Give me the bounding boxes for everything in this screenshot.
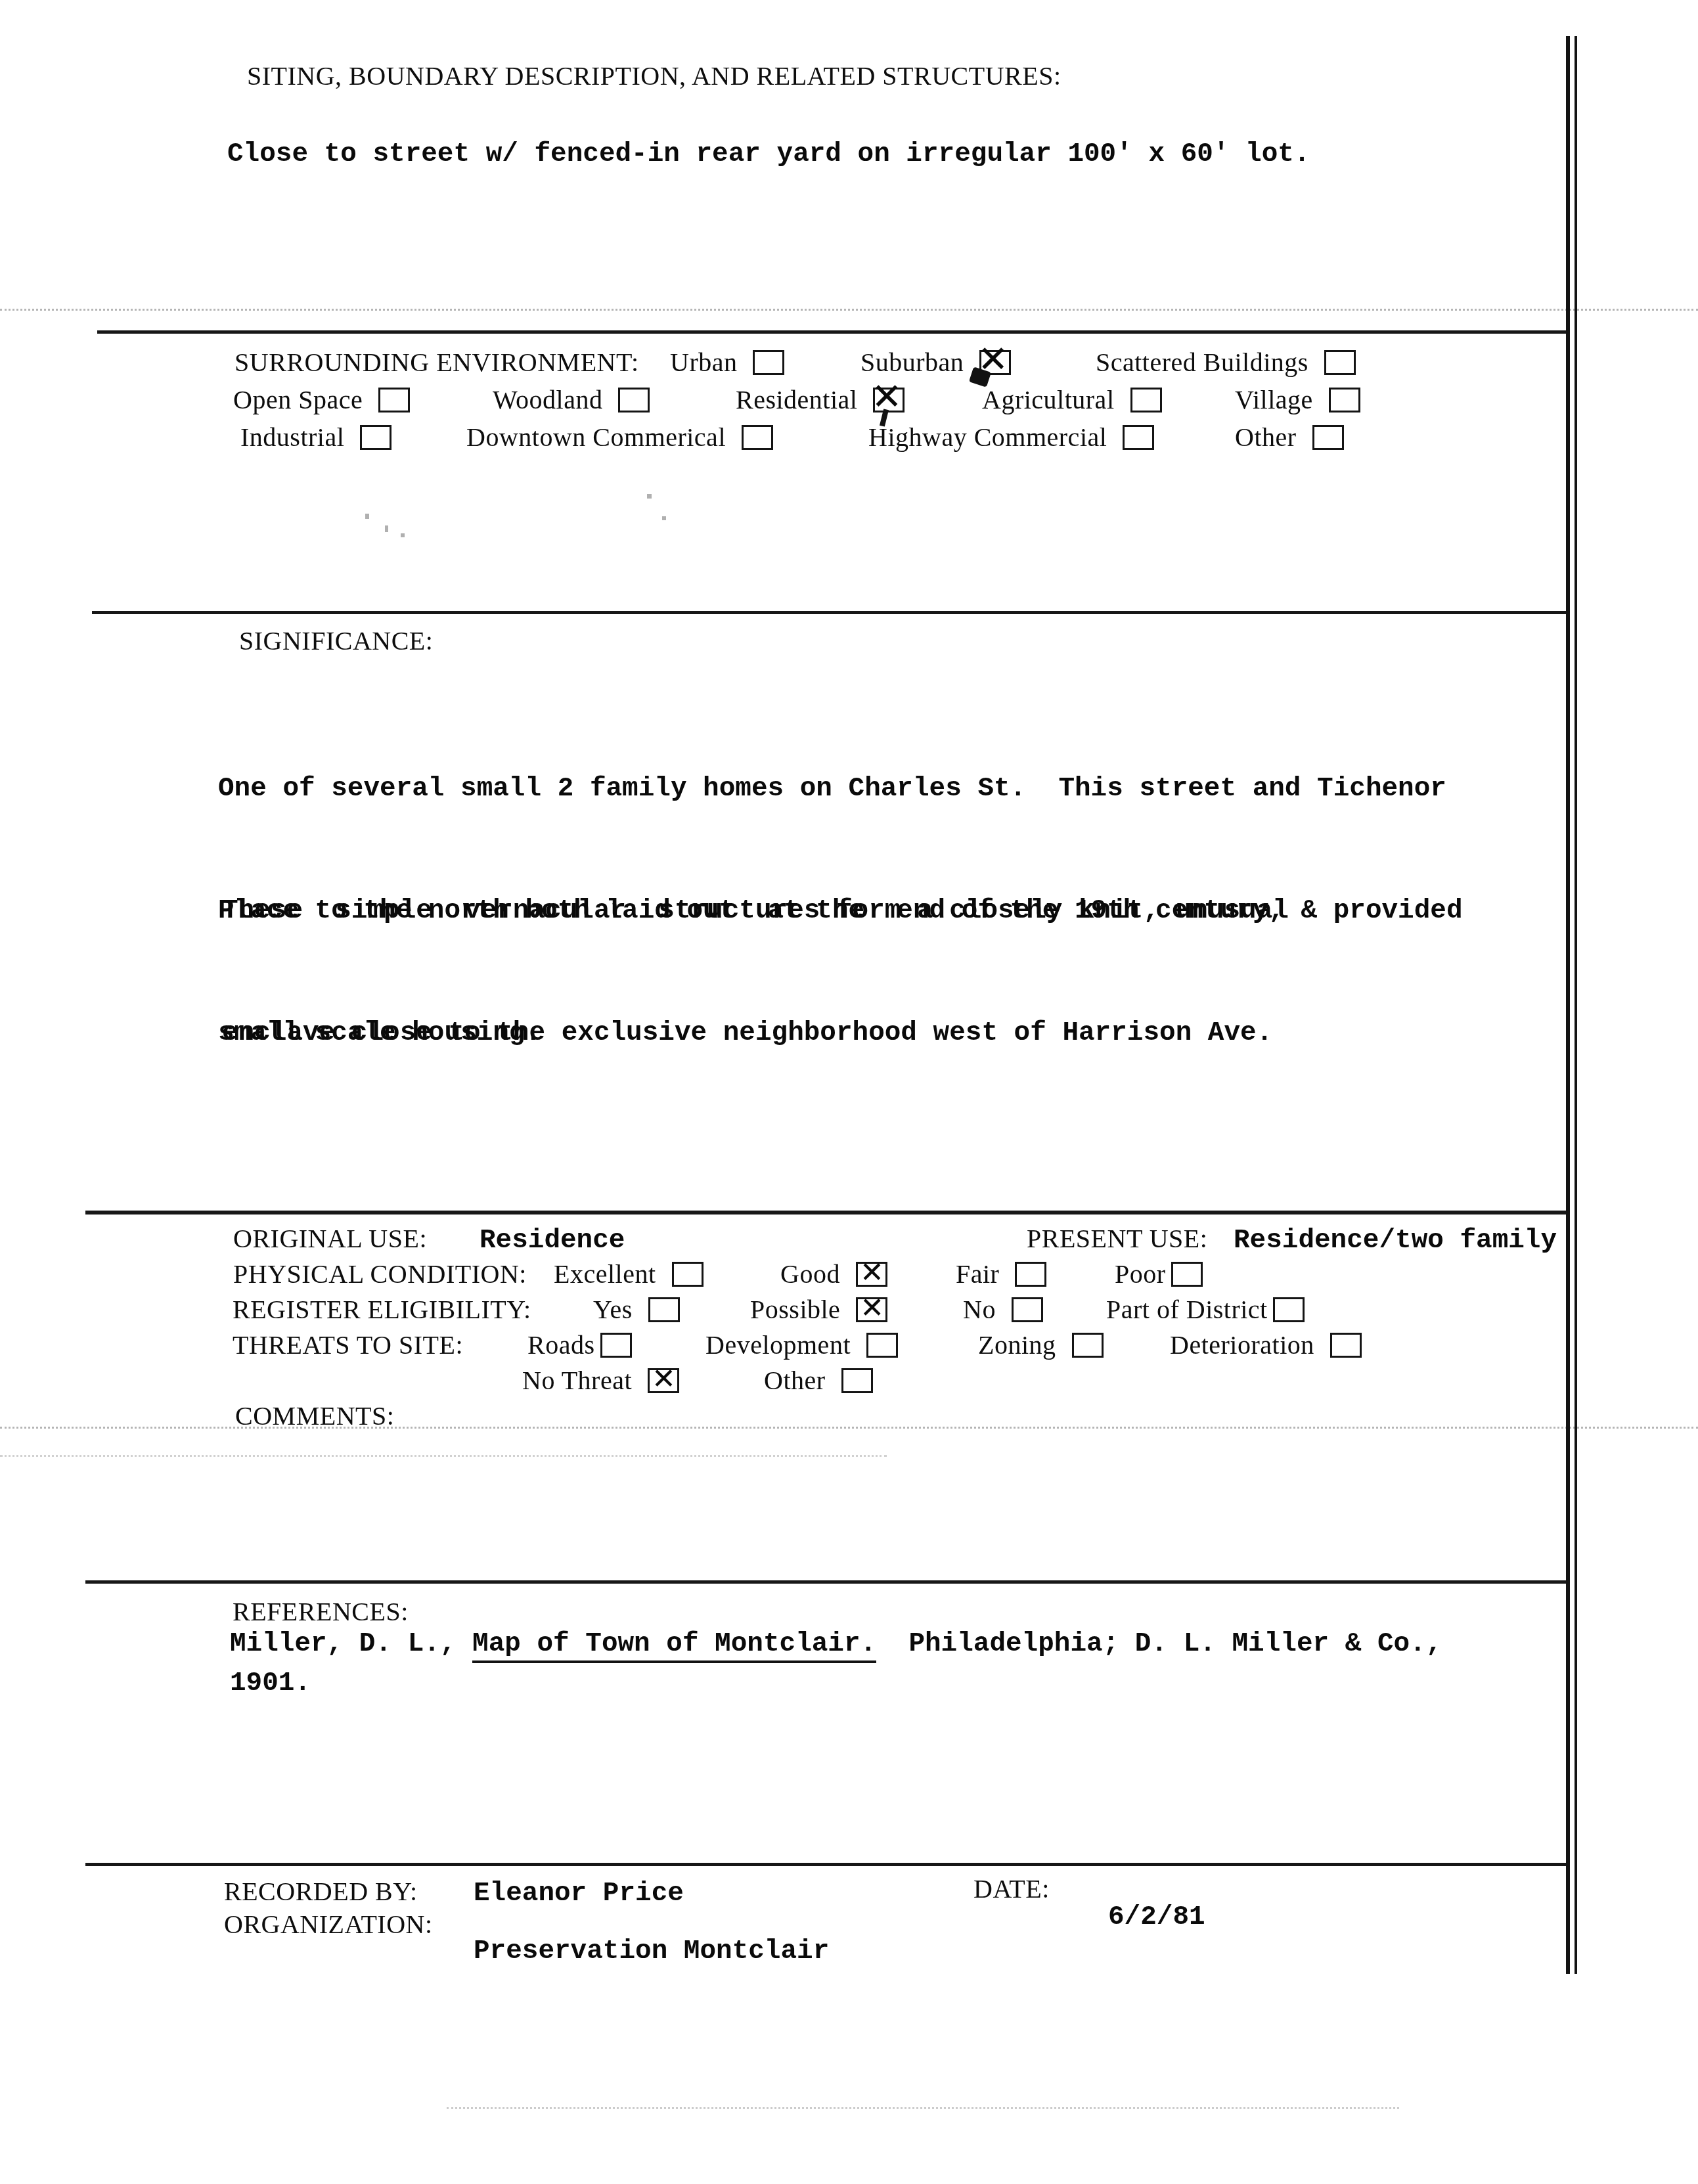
env-option-other-label: Other [1235,422,1297,452]
env-option-village-label: Village [1235,385,1313,414]
env-option-industrial: Industrial [240,422,391,453]
register-option-part-of-district-label: Part of District [1106,1295,1268,1324]
env-option-other-checkbox [1312,425,1344,450]
use-row: ORIGINAL USE: Residence PRESENT USE: Res… [0,1223,1698,1261]
threats-label: THREATS TO SITE: [233,1329,463,1360]
threat-option-roads-checkbox [600,1333,632,1358]
env-option-urban: Urban [670,347,784,378]
threats-row-2: No Threat✕ Other [0,1365,1698,1403]
threat-option-roads: Roads [527,1329,632,1360]
threat-option-deterioration-label: Deterioration [1170,1330,1314,1360]
env-option-downtown-commercial: Downtown Commerical [466,422,773,453]
condition-option-good-checkbox: ✕ [856,1262,887,1287]
significance-p2-line2: enclave close to the exclusive neighborh… [222,1013,1289,1054]
env-option-woodland: Woodland [493,384,650,415]
threat-option-zoning-label: Zoning [978,1330,1056,1360]
scan-artifact-line [447,2107,1399,2109]
register-option-yes-checkbox [648,1297,680,1322]
recorded-by-value: Eleanor Price [474,1879,684,1909]
env-option-open-space-label: Open Space [233,385,363,414]
date-label: DATE: [973,1873,1050,1904]
env-option-suburban: Suburban✕ [860,347,1011,378]
condition-option-fair-label: Fair [956,1259,999,1289]
condition-option-poor-checkbox [1171,1262,1203,1287]
threats-row: THREATS TO SITE: Roads Development Zonin… [0,1329,1698,1368]
scanned-survey-form-page: SITING, BOUNDARY DESCRIPTION, AND RELATE… [0,0,1698,2184]
organization-value: Preservation Montclair [474,1936,829,1967]
env-option-industrial-label: Industrial [240,422,344,452]
register-eligibility-row: REGISTER ELIGIBILITY: Yes Possible✕ No P… [0,1294,1698,1332]
scan-artifact-line [0,309,1698,311]
condition-option-good-label: Good [780,1259,840,1289]
original-use-label: ORIGINAL USE: [233,1223,427,1254]
present-use-value: Residence/two family [1234,1226,1557,1256]
env-option-downtown-commercial-checkbox [742,425,773,450]
section-divider [85,1580,1570,1584]
original-use-value: Residence [480,1226,625,1256]
env-option-suburban-label: Suburban [860,347,964,377]
env-option-urban-label: Urban [670,347,737,377]
scan-noise [365,514,369,519]
register-option-possible-label: Possible [750,1295,840,1324]
register-option-part-of-district: Part of District [1106,1294,1305,1325]
reference-citation-line2: 1901. [230,1668,311,1699]
env-option-agricultural-label: Agricultural [982,385,1115,414]
condition-option-excellent: Excellent [554,1259,704,1289]
env-option-suburban-checkbox: ✕ [979,350,1011,375]
section-divider [92,611,1570,614]
condition-option-poor: Poor [1115,1259,1203,1289]
threat-option-development: Development [705,1329,898,1360]
threat-option-other-label: Other [764,1366,826,1395]
threat-option-deterioration: Deterioration [1170,1329,1362,1360]
condition-option-fair: Fair [956,1259,1046,1289]
condition-option-excellent-label: Excellent [554,1259,656,1289]
env-option-woodland-checkbox [618,388,650,412]
citation-prefix: Miller, D. L., [230,1629,472,1659]
environment-label: SURROUNDING ENVIRONMENT: [235,347,639,378]
significance-paragraph-2: These simple vernacular structures form … [222,809,1289,1135]
page-edge-double-rule [1566,36,1577,1974]
citation-title-underlined: Map of Town of Montclair. [472,1629,876,1663]
env-option-scattered-buildings: Scattered Buildings [1096,347,1356,378]
env-option-woodland-label: Woodland [493,385,602,414]
register-option-yes-label: Yes [593,1295,633,1324]
register-option-no-checkbox [1012,1297,1043,1322]
significance-p2-line1: These simple vernacular structures form … [222,891,1289,931]
present-use-label: PRESENT USE: [1027,1223,1207,1254]
env-option-downtown-commercial-label: Downtown Commerical [466,422,726,452]
threat-option-roads-label: Roads [527,1330,595,1360]
env-option-scattered-buildings-checkbox [1324,350,1356,375]
scan-artifact-line [0,1455,887,1457]
env-option-residential-label: Residential [736,385,857,414]
env-option-open-space-checkbox [378,388,410,412]
scan-noise [401,533,405,537]
threat-option-zoning: Zoning [978,1329,1104,1360]
significance-label: SIGNIFICANCE: [239,625,433,656]
register-eligibility-label: REGISTER ELIGIBILITY: [233,1294,531,1325]
threat-option-development-checkbox [866,1333,898,1358]
env-option-village: Village [1235,384,1360,415]
threat-option-deterioration-checkbox [1330,1333,1362,1358]
reference-citation: Miller, D. L., Map of Town of Montclair.… [230,1629,1442,1659]
register-option-possible-checkbox: ✕ [856,1297,887,1322]
physical-condition-row: PHYSICAL CONDITION: Excellent Good✕ Fair… [0,1259,1698,1297]
siting-description-text: Close to street w/ fenced-in rear yard o… [227,139,1310,169]
env-option-other: Other [1235,422,1344,453]
threat-option-no-threat-checkbox: ✕ [648,1368,679,1393]
env-option-scattered-buildings-label: Scattered Buildings [1096,347,1308,377]
env-option-residential-checkbox: ✕ [873,388,905,412]
threat-option-other: Other [764,1365,873,1396]
env-option-industrial-checkbox [360,425,391,450]
section-divider [97,330,1570,334]
condition-option-poor-label: Poor [1115,1259,1166,1289]
scan-noise [647,494,652,499]
environment-row-1: SURROUNDING ENVIRONMENT: Urban Suburban✕… [0,347,1698,385]
env-option-agricultural: Agricultural [982,384,1162,415]
environment-row-2: Open Space Woodland Residential✕ Agricul… [0,384,1698,422]
env-option-residential: Residential✕ [736,384,905,415]
threat-option-other-checkbox [841,1368,873,1393]
threat-option-zoning-checkbox [1072,1333,1104,1358]
register-option-part-of-district-checkbox [1273,1297,1305,1322]
citation-suffix: Philadelphia; D. L. Miller & Co., [876,1629,1442,1659]
scan-artifact-line [0,1427,1698,1429]
recorded-by-label: RECORDED BY: [224,1876,418,1907]
section-divider [85,1211,1570,1215]
threat-option-development-label: Development [705,1330,851,1360]
significance-p1-line1: One of several small 2 family homes on C… [218,769,1463,809]
scan-noise [662,516,666,520]
env-option-highway-commercial-label: Highway Commercial [868,422,1107,452]
env-option-highway-commercial-checkbox [1123,425,1154,450]
scan-noise [385,525,388,532]
threat-option-no-threat-label: No Threat [522,1366,632,1395]
env-option-highway-commercial: Highway Commercial [868,422,1154,453]
register-option-yes: Yes [593,1294,680,1325]
condition-option-fair-checkbox [1015,1262,1046,1287]
register-option-no-label: No [963,1295,996,1324]
register-option-no: No [963,1294,1043,1325]
condition-option-excellent-checkbox [672,1262,704,1287]
env-option-urban-checkbox [753,350,784,375]
date-value: 6/2/81 [1108,1902,1205,1932]
register-option-possible: Possible✕ [750,1294,887,1325]
env-option-village-checkbox [1329,388,1360,412]
threat-option-no-threat: No Threat✕ [522,1365,679,1396]
references-label: REFERENCES: [233,1596,409,1627]
env-option-open-space: Open Space [233,384,410,415]
physical-condition-label: PHYSICAL CONDITION: [233,1259,527,1289]
siting-section-title: SITING, BOUNDARY DESCRIPTION, AND RELATE… [247,60,1061,91]
condition-option-good: Good✕ [780,1259,887,1289]
section-divider [85,1863,1570,1866]
env-option-agricultural-checkbox [1130,388,1162,412]
organization-label: ORGANIZATION: [224,1909,433,1940]
environment-row-3: Industrial Downtown Commerical Highway C… [0,422,1698,460]
